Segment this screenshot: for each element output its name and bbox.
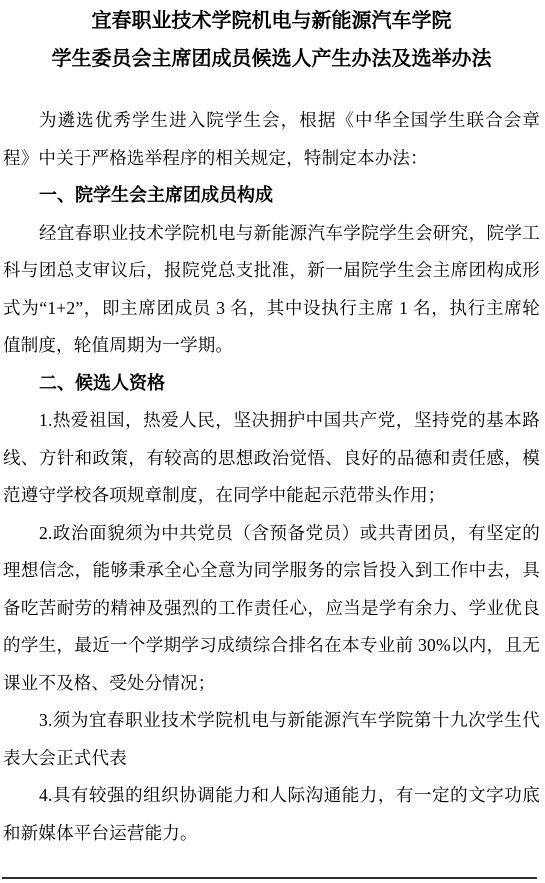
intro-paragraph: 为遴选优秀学生进入院学生会，根据《中华全国学生联合会章程》中关于严格选举程序的相…: [3, 102, 540, 177]
document-title: 宜春职业技术学院机电与新能源汽车学院 学生委员会主席团成员候选人产生办法及选举办…: [3, 2, 540, 78]
qualification-item-3: 3.须为宜春职业技术学院机电与新能源汽车学院第十九次学生代表大会正式代表: [3, 702, 540, 777]
page-bottom-border: [2, 877, 537, 879]
qualification-item-4: 4.具有较强的组织协调能力和人际沟通能力，有一定的文字功底和新媒体平台运营能力。: [3, 777, 540, 852]
document-title-line-1: 宜春职业技术学院机电与新能源汽车学院: [3, 2, 540, 40]
document-page: 宜春职业技术学院机电与新能源汽车学院 学生委员会主席团成员候选人产生办法及选举办…: [3, 2, 540, 852]
document-title-line-2: 学生委员会主席团成员候选人产生办法及选举办法: [3, 40, 540, 78]
section-2-heading: 二、候选人资格: [3, 365, 540, 403]
qualification-item-1: 1.热爱祖国，热爱人民，坚决拥护中国共产党，坚持党的基本路线、方针和政策，有较高…: [3, 402, 540, 515]
section-1-heading: 一、院学生会主席团成员构成: [3, 177, 540, 215]
section-1-paragraph: 经宜春职业技术学院机电与新能源汽车学院学生会研究，院学工科与团总支审议后，报院党…: [3, 215, 540, 365]
qualification-item-2: 2.政治面貌须为中共党员（含预备党员）或共青团员，有坚定的理想信念，能够秉承全心…: [3, 515, 540, 703]
